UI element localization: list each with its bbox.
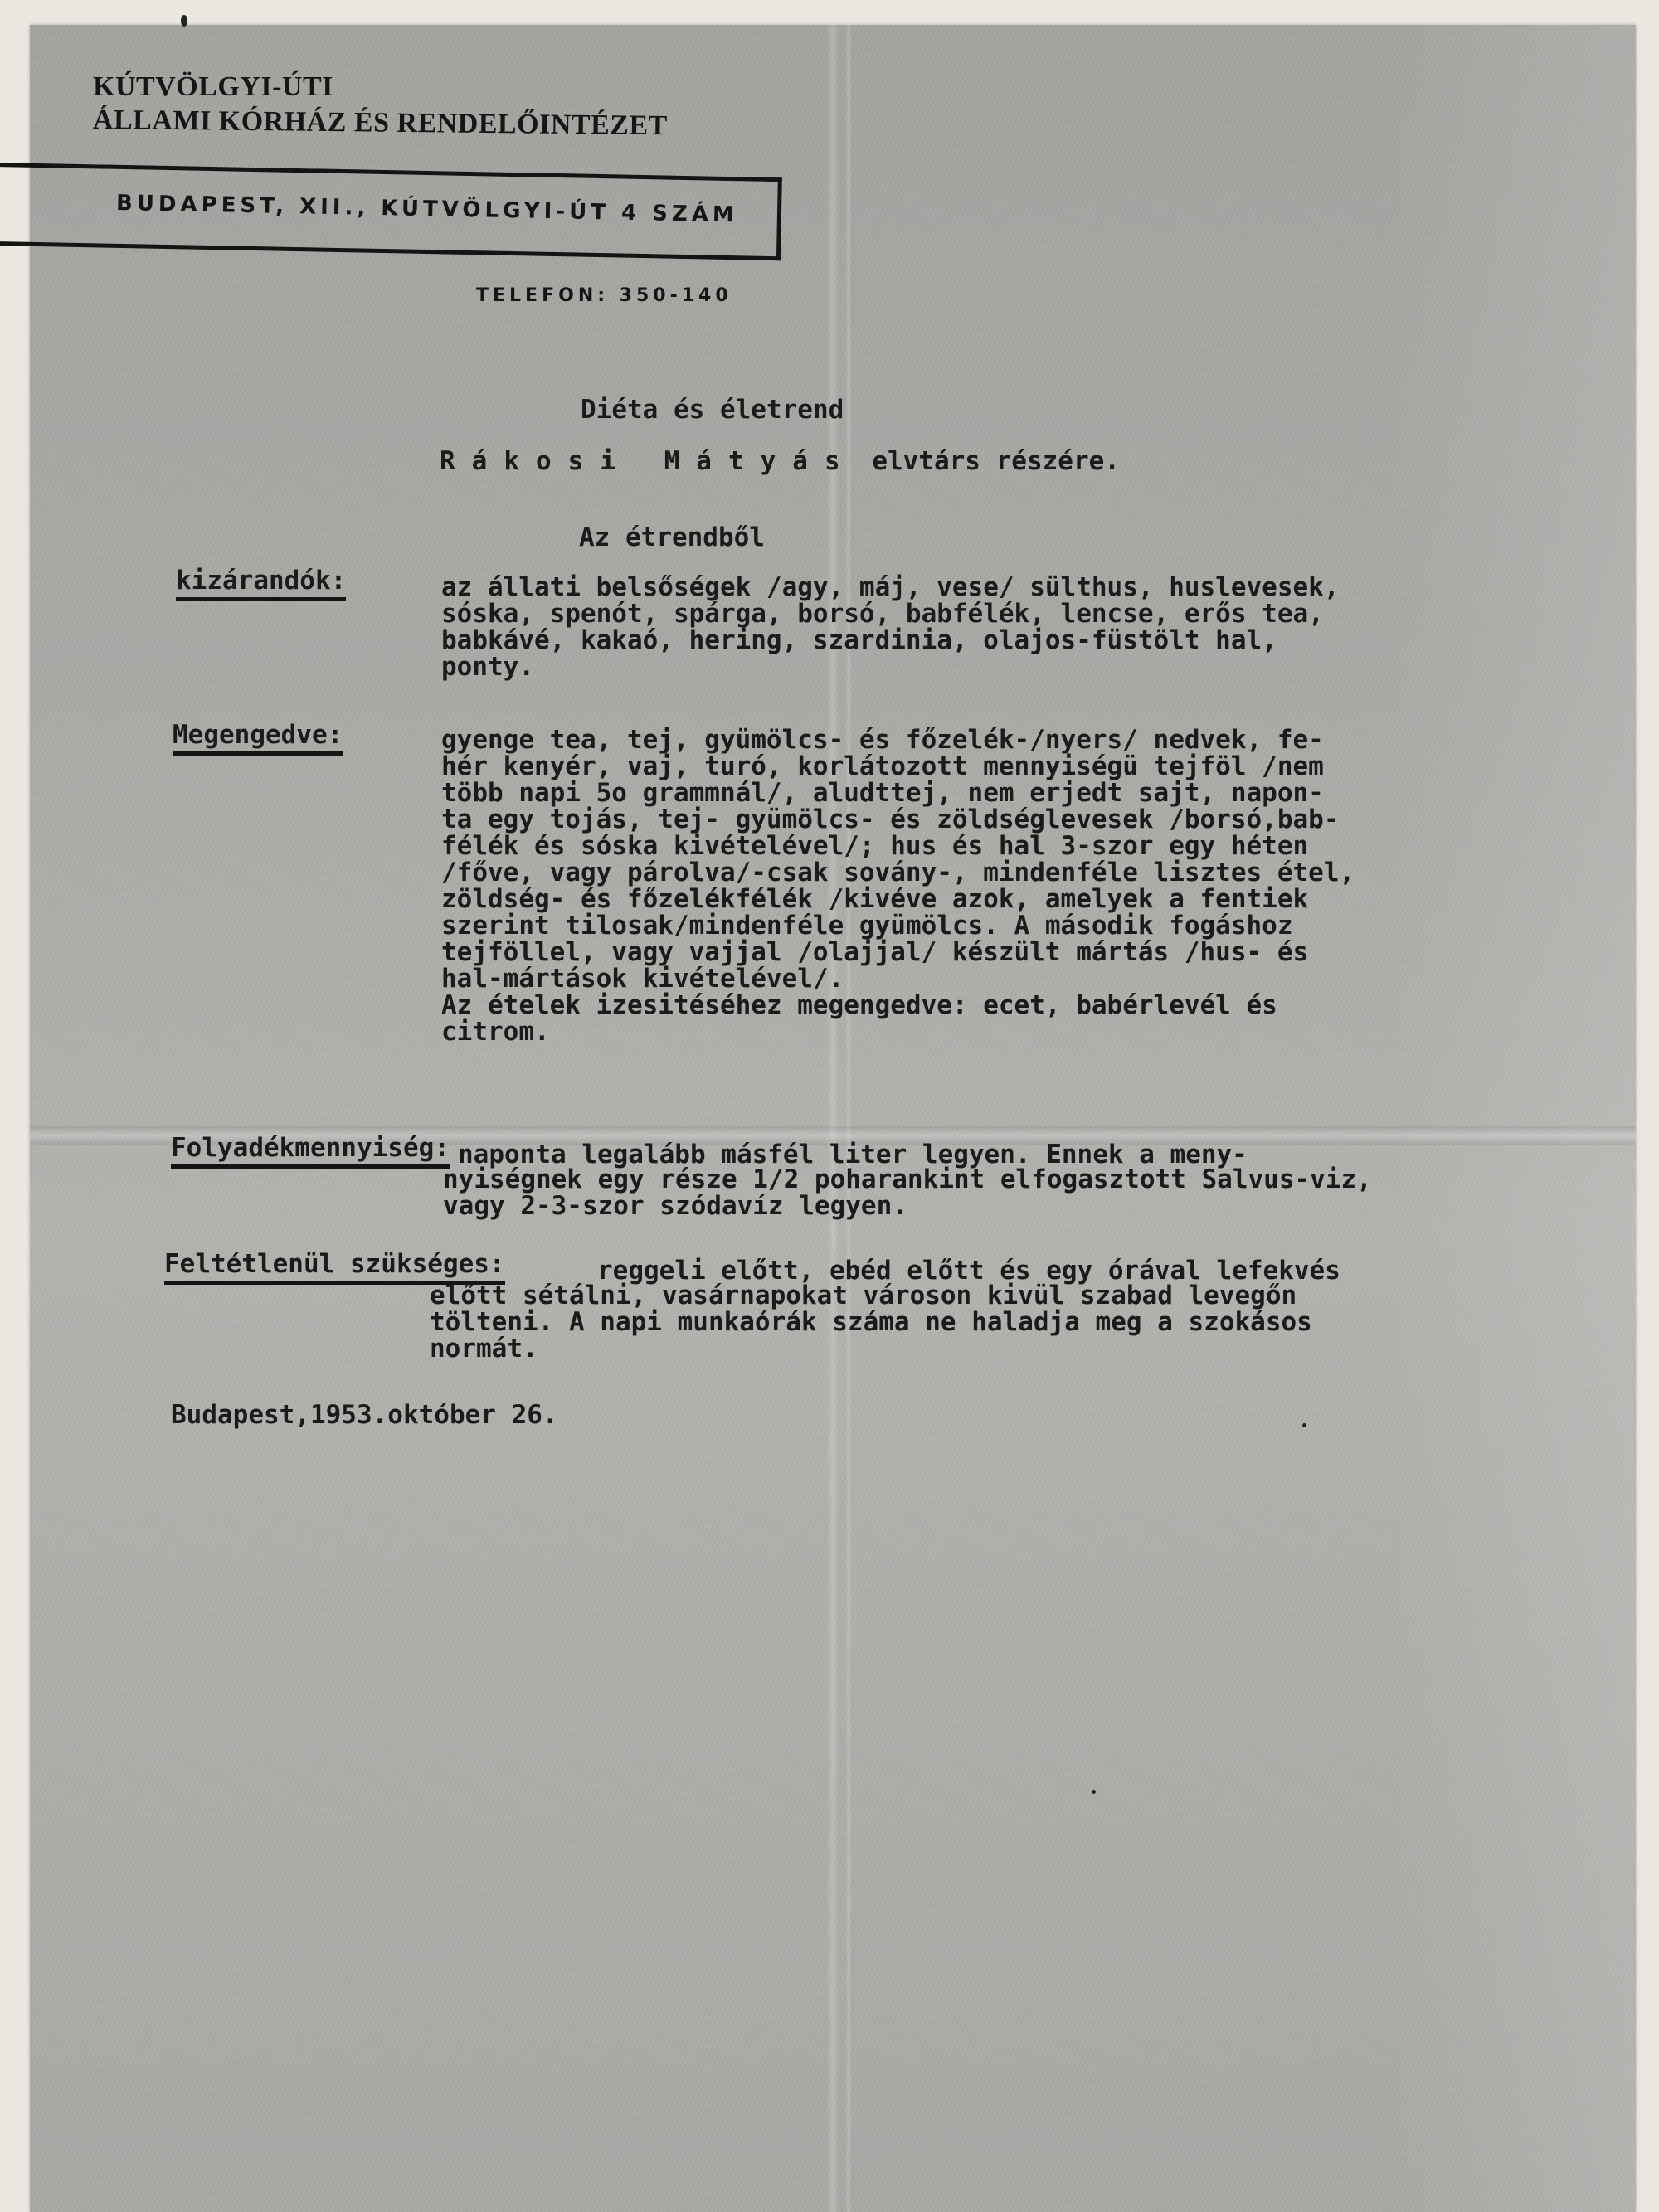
text-line: /főve, vagy párolva/-csak sovány-, minde… [441,859,1355,886]
text-line: hal-mártások kivételével/. [441,965,1355,992]
text-line: ta egy tojás, tej- gyümölcs- és zöldségl… [441,806,1355,833]
recipient-suffix: elvtárs részére. [872,446,1120,476]
text-line: nyiségnek egy része 1/2 poharankint elfo… [443,1166,1372,1193]
allowed-foods-label: Megengedve: [173,720,343,756]
text-line: hér kenyér, vaj, turó, korlátozott menny… [441,753,1355,780]
text-line: zöldség- és főzelékfélék /kivéve azok, a… [441,886,1355,912]
text-line: vagy 2-3-szor szódavíz legyen. [443,1193,1372,1219]
requirements-label: Feltétlenül szükséges: [164,1249,505,1285]
institution-name-line1: KÚTVÖLGYI-ÚTI [93,71,333,103]
excluded-foods-label: kizárandók: [176,566,346,601]
text-line: szerint tilosak/mindenféle gyümölcs. A m… [441,912,1355,939]
text-line: ponty. [441,654,1340,680]
fluid-intake-label: Folyadékmennyiség: [171,1133,450,1169]
ink-speck [1092,1790,1096,1794]
text-line: az állati belsőségek /agy, máj, vese/ sü… [441,574,1340,600]
text-line: babkávé, kakaó, hering, szardinia, olajo… [441,627,1340,654]
text-line: Az ételek izesitéséhez megengedve: ecet,… [441,992,1355,1018]
text-line: tölteni. A napi munkaórák száma ne halad… [430,1309,1312,1335]
excluded-foods-text: az állati belsőségek /agy, máj, vese/ sü… [441,574,1340,680]
requirements-text: előtt sétálni, vasárnapokat városon kivü… [430,1282,1312,1362]
place-and-date: Budapest,1953.október 26. [171,1400,558,1430]
document-recipient: Rákosi Mátyás elvtárs részére. [440,446,1120,476]
paper-shading [1387,25,1636,2212]
recipient-name: Rákosi Mátyás [440,446,857,476]
text-line: tejföllel, vagy vajjal /olajjal/ készült… [441,939,1355,965]
text-line: előtt sétálni, vasárnapokat városon kivü… [430,1282,1312,1309]
institution-phone: TELEFON: 350-140 [476,285,732,306]
text-line: citrom. [441,1018,1355,1045]
document-title: Diéta és életrend [581,395,844,425]
text-line: félék és sóska kivételével/; hus és hal … [441,833,1355,859]
vertical-fold-line [846,25,851,2212]
allowed-foods-text: gyenge tea, tej, gyümölcs- és főzelék-/n… [441,727,1355,1045]
ink-speck [1302,1423,1306,1427]
diet-intro-heading: Az étrendből [579,523,765,552]
ink-speck [181,15,187,27]
text-line: sóska, spenót, spárga, borsó, babfélék, … [441,600,1340,627]
document-page [30,25,1636,2212]
institution-name-line2: ÁLLAMI KÓRHÁZ ÉS RENDELŐINTÉZET [93,105,668,142]
text-line: normát. [430,1335,1312,1362]
text-line: gyenge tea, tej, gyümölcs- és főzelék-/n… [441,727,1355,753]
fluid-intake-text: nyiségnek egy része 1/2 poharankint elfo… [443,1166,1372,1219]
text-line: több napi 5o grammnál/, aludttej, nem er… [441,780,1355,806]
